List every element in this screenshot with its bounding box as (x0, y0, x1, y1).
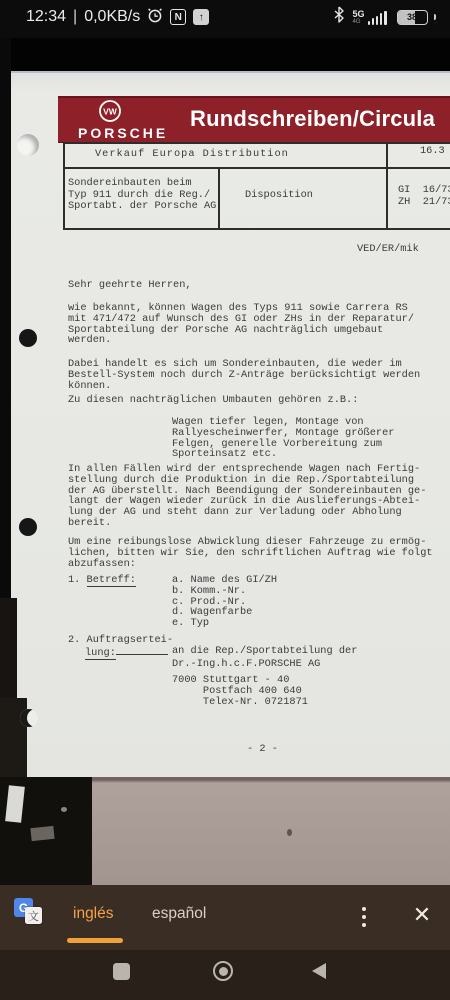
tab-target-language[interactable]: inglés (73, 905, 114, 923)
network-5g-label: 5G (353, 10, 365, 19)
status-left: 12:34 | 0,0KB/s N ↑ (26, 7, 209, 28)
translate-char-tile: 文 (25, 907, 42, 924)
letterhead-banner: VW PORSCHE Rundschreiben/Circula (58, 96, 450, 142)
status-right: 5G 4G 38 (333, 6, 436, 28)
back-button[interactable] (312, 963, 326, 979)
signal-bars-icon (368, 11, 387, 25)
table-border (63, 142, 65, 230)
translate-bar: G 文 inglés español ✕ (0, 885, 450, 950)
network-4g-sublabel: 4G (353, 19, 361, 25)
table-border (386, 142, 388, 230)
table-date: 16.3 (420, 146, 445, 157)
bluetooth-icon (333, 6, 345, 28)
indented-examples: Wagen tiefer legen, Montage von Rallyesc… (172, 417, 394, 460)
list-item-2-line2: lung: (85, 646, 168, 659)
signal-cluster: 5G 4G (353, 10, 387, 25)
battery-percent: 38 (398, 11, 427, 24)
reference-code: VED/ER/mik (357, 244, 419, 255)
navigation-bar (0, 950, 450, 1000)
upload-glyph: ↑ (199, 12, 204, 23)
salutation: Sehr geehrte Herren, (68, 280, 192, 291)
google-translate-icon[interactable]: G 文 (14, 898, 44, 926)
close-icon[interactable]: ✕ (405, 895, 439, 935)
vw-logo-icon: VW (98, 99, 122, 128)
paragraph-3: Zu diesen nachträglichen Umbauten gehöre… (68, 395, 358, 406)
overflow-menu-icon[interactable] (354, 897, 374, 937)
list-item-1-label: Betreff: (87, 574, 136, 587)
list-item-2-text: an die Rep./Sportabteilung der (172, 646, 357, 657)
alarm-icon (147, 7, 163, 28)
porsche-wordmark: PORSCHE (78, 125, 168, 141)
company-name: Dr.-Ing.h.c.F.PORSCHE AG (172, 659, 320, 670)
list-item-1: 1. Betreff: (68, 575, 136, 586)
paragraph-2: Dabei handelt es sich um Sondereinbauten… (68, 359, 420, 391)
paragraph-1: wie bekannt, können Wagen des Typs 911 s… (68, 303, 414, 346)
list-item-2-label: lung: (85, 647, 116, 660)
svg-text:VW: VW (103, 107, 118, 117)
table-border (63, 142, 450, 144)
paragraph-4: In allen Fällen wird der entsprechende W… (68, 464, 426, 529)
tab-source-language[interactable]: español (152, 905, 206, 923)
phone-screen: 12:34 | 0,0KB/s N ↑ 5G 4G (0, 0, 450, 1000)
list-item-2-line1: 2. Auftragsertei- (68, 635, 173, 646)
list-item-1-number: 1. (68, 574, 80, 586)
table-border (63, 167, 450, 169)
punch-hole (19, 518, 37, 536)
paper-scrap (61, 807, 67, 812)
surface-speck (287, 829, 292, 836)
active-tab-indicator (67, 938, 123, 943)
circular-title: Rundschreiben/Circula (190, 106, 435, 132)
paper-scrap (30, 826, 54, 841)
home-button[interactable] (213, 961, 233, 981)
table-circular-numbers: GI 16/73 ZH 21/73 (398, 185, 450, 208)
table-disposition: Disposition (245, 190, 313, 201)
status-bar: 12:34 | 0,0KB/s N ↑ 5G 4G (0, 0, 450, 38)
underline-extension (116, 646, 168, 655)
table-dept: Verkauf Europa Distribution (95, 149, 289, 160)
paper-scrap (5, 785, 25, 822)
network-type: 5G 4G (353, 10, 365, 25)
punch-hole (20, 709, 38, 727)
recents-button[interactable] (113, 963, 130, 980)
network-speed: 0,0KB/s (84, 8, 140, 26)
nfc-glyph: N (175, 12, 182, 23)
punch-hole (17, 134, 39, 156)
table-subject: Sondereinbauten beim Typ 911 durch die R… (68, 178, 216, 213)
status-separator: | (73, 8, 77, 26)
list-item-1-values: a. Name des GI/ZH b. Komm.-Nr. c. Prod.-… (172, 575, 277, 629)
table-border (218, 167, 220, 229)
table-border (63, 228, 450, 230)
punch-hole (19, 329, 37, 347)
background-clutter (0, 777, 92, 885)
clock-time: 12:34 (26, 8, 66, 26)
page-number: - 2 - (247, 744, 278, 755)
battery-nub (434, 14, 437, 20)
paragraph-5: Um eine reibungslose Abwicklung dieser F… (68, 537, 433, 569)
camera-document-view: VW PORSCHE Rundschreiben/Circula Verkauf… (0, 38, 450, 885)
battery-icon: 38 (397, 10, 428, 25)
company-address: 7000 Stuttgart - 40 Postfach 400 640 Tel… (172, 675, 308, 707)
upload-icon: ↑ (193, 9, 209, 25)
nfc-icon: N (170, 9, 186, 25)
